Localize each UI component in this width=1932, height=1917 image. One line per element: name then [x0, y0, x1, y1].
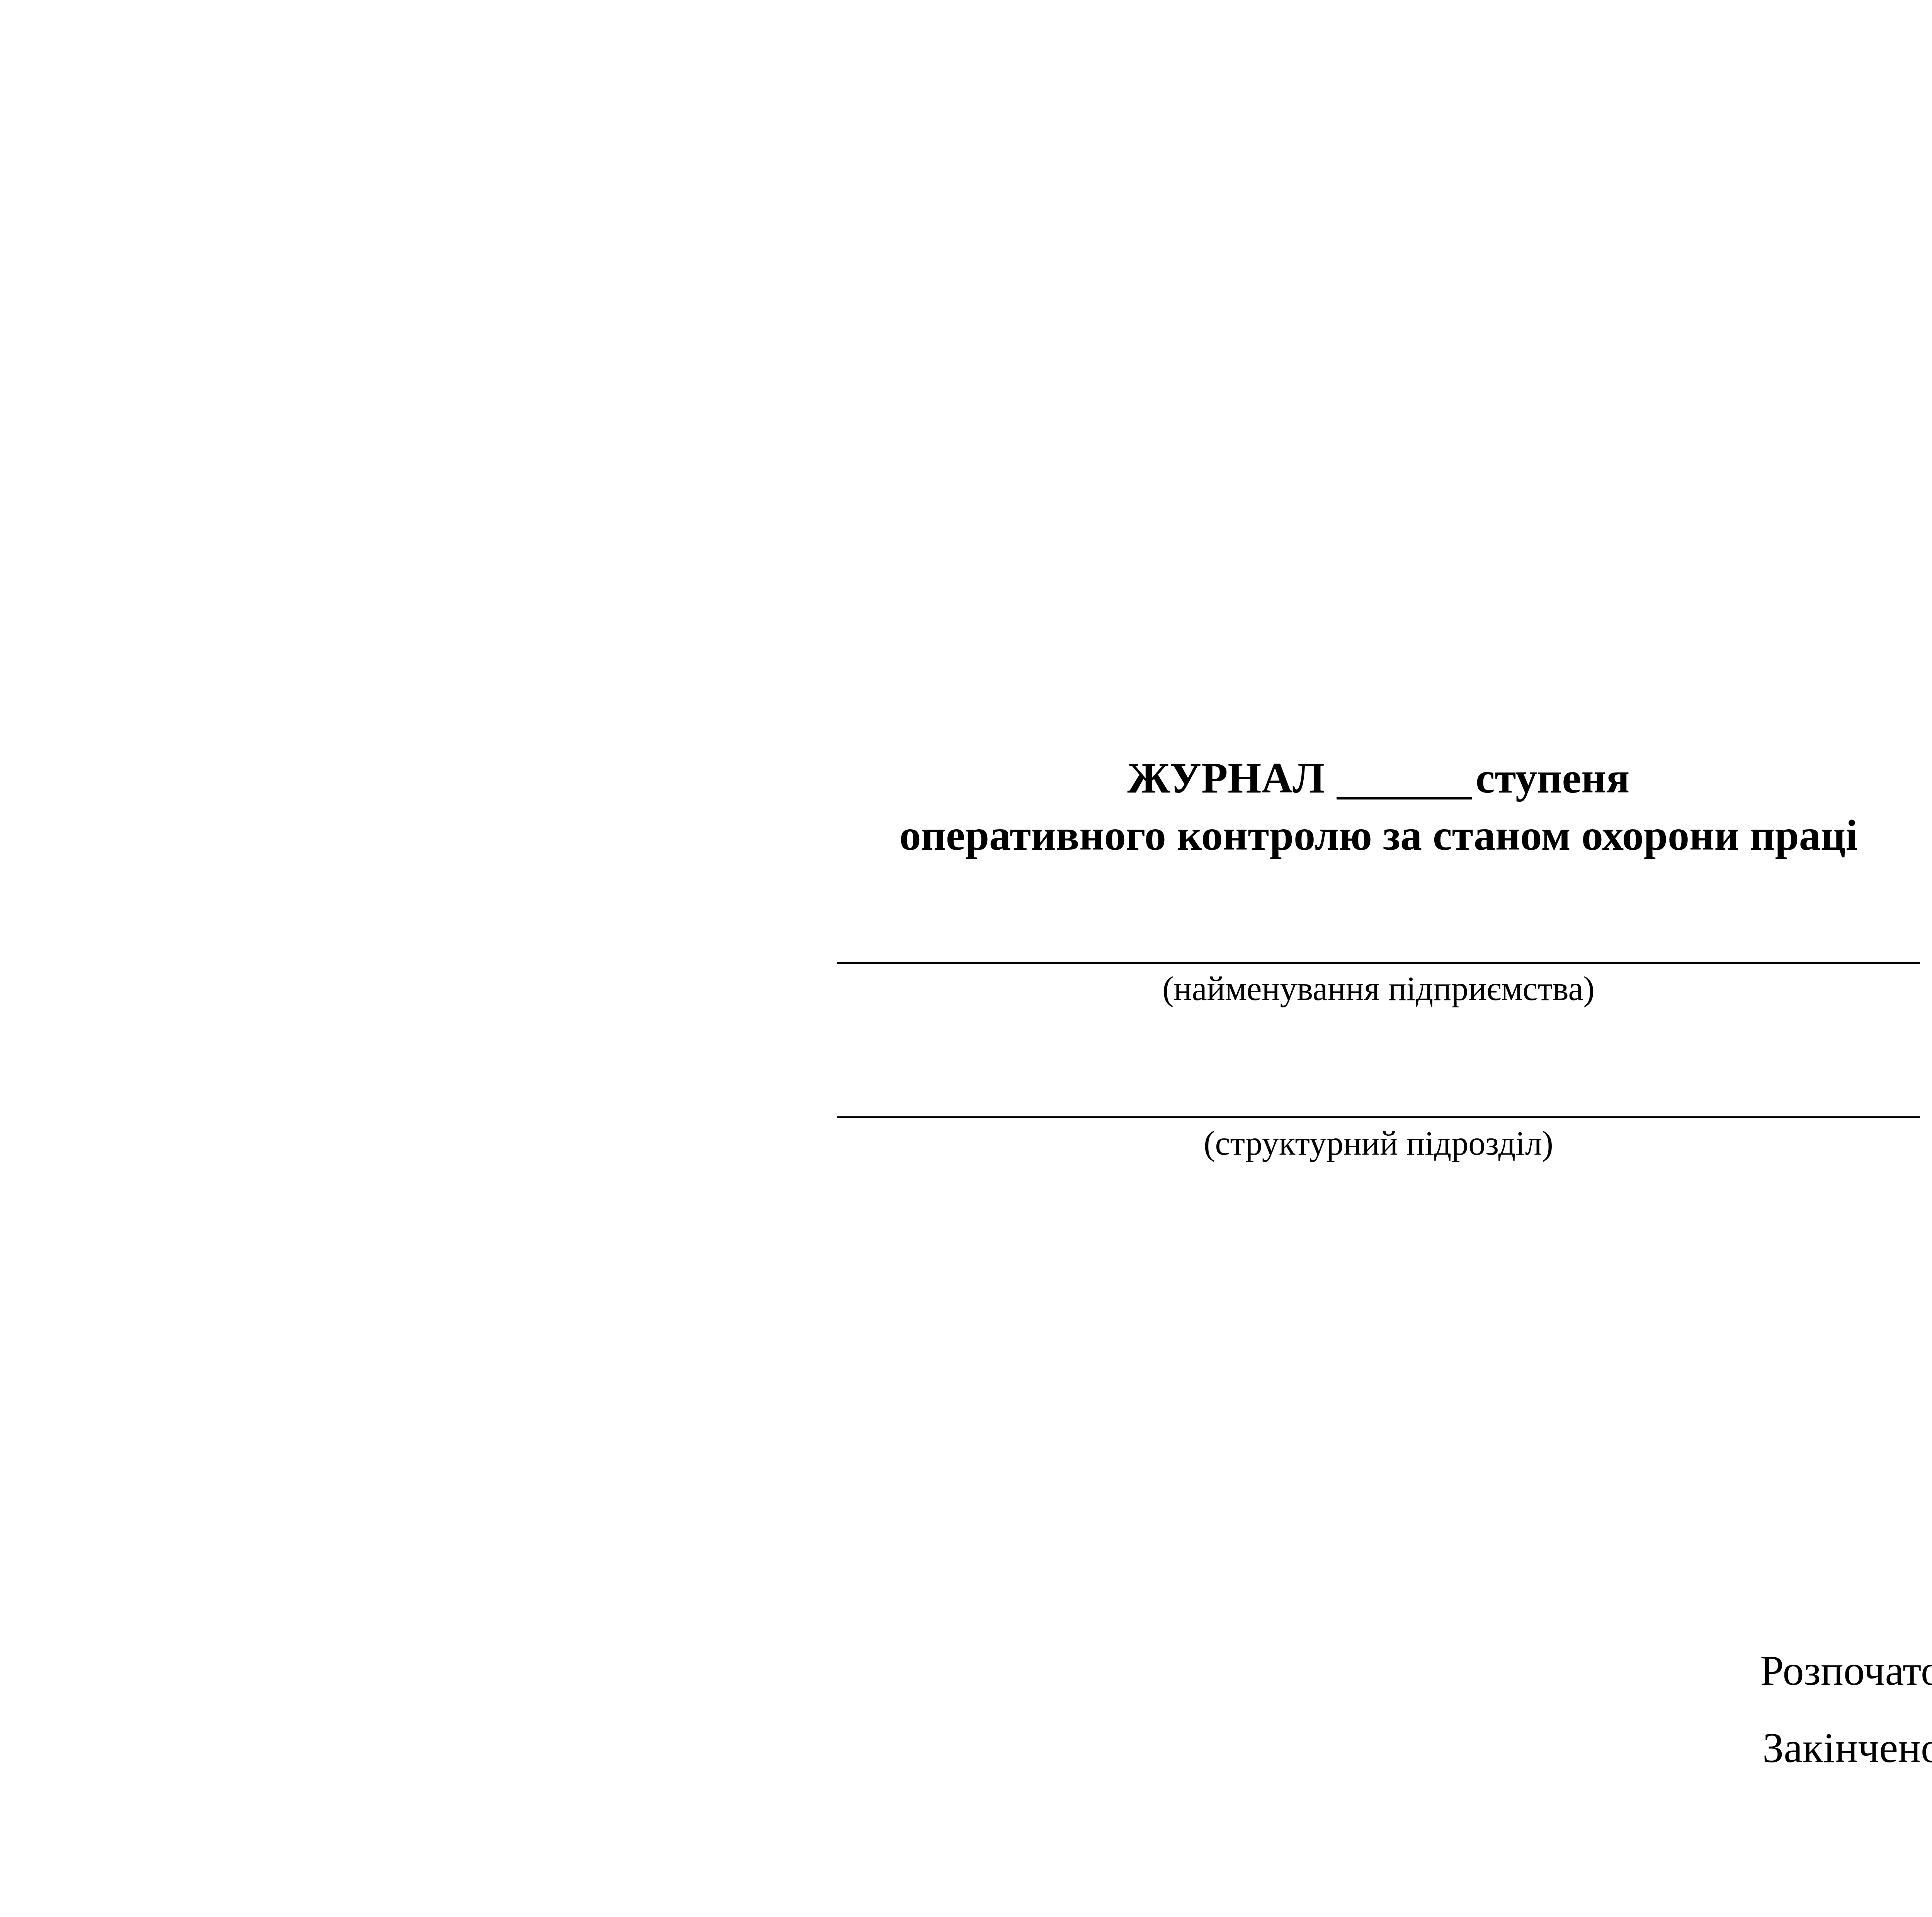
start-date-label: Розпочато — [1760, 1645, 1932, 1696]
title-journal-word: ЖУРНАЛ — [1128, 754, 1325, 802]
end-date-label: Закінчено — [1762, 1723, 1932, 1773]
enterprise-name-field[interactable] — [837, 962, 1920, 964]
title-level-word: ступеня — [1476, 754, 1630, 802]
department-field[interactable] — [837, 1116, 1920, 1118]
title-line-1: ЖУРНАЛступеня — [0, 750, 1932, 807]
journal-title: ЖУРНАЛступеня оперативного контролю за с… — [0, 750, 1932, 864]
department-caption: (структурний підрозділ) — [837, 1124, 1920, 1163]
end-date-line: Закінчено «»20р. — [1762, 1723, 1932, 1773]
start-date-line: Розпочато «»20р. — [1760, 1645, 1932, 1696]
control-level-blank[interactable] — [1337, 796, 1472, 799]
journal-cover-page: ЖУРНАЛступеня оперативного контролю за с… — [0, 0, 1932, 1917]
enterprise-name-caption: (найменування підприємства) — [837, 970, 1920, 1009]
title-line-2: оперативного контролю за станом охорони … — [0, 807, 1932, 864]
